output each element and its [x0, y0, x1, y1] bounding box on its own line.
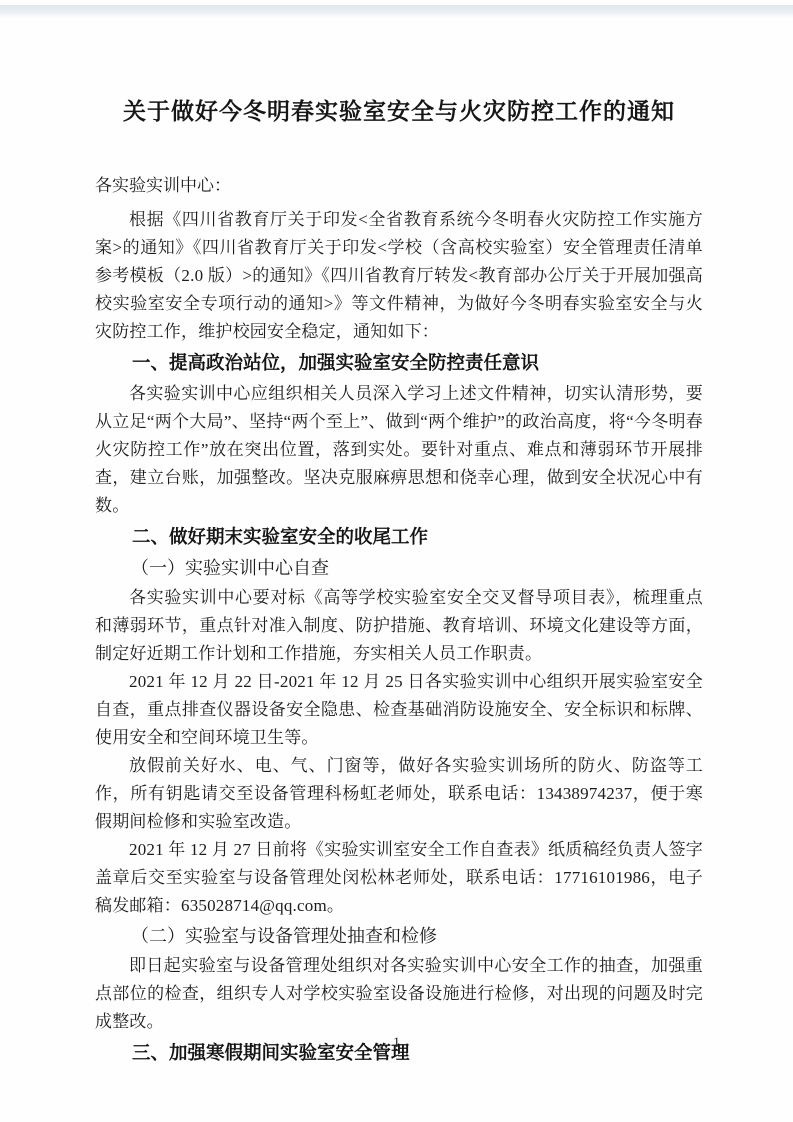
- document-page: 关于做好今冬明春实验室安全与火灾防控工作的通知 各实验实训中心： 根据《四川省教…: [0, 0, 793, 1122]
- section-2-sub-1-paragraph-4: 2021 年 12 月 27 日前将《实验实训室安全工作自查表》纸质稿经负责人签…: [95, 836, 703, 920]
- section-2-sub-1-heading: （一）实验实训中心自查: [95, 554, 703, 582]
- section-1-heading: 一、提高政治站位，加强实验室安全防控责任意识: [95, 349, 703, 377]
- salutation: 各实验实训中心：: [95, 172, 703, 200]
- section-2-sub-2-paragraph-1: 即日起实验室与设备管理处组织对各实验实训中心安全工作的抽查，加强重点部位的检查，…: [95, 952, 703, 1036]
- section-2-sub-1-paragraph-2: 2021 年 12 月 22 日-2021 年 12 月 25 日各实验实训中心…: [95, 668, 703, 752]
- section-2-sub-1-paragraph-3: 放假前关好水、电、气、门窗等，做好各实验实训场所的防火、防盗等工作，所有钥匙请交…: [95, 752, 703, 836]
- document-title: 关于做好今冬明春实验室安全与火灾防控工作的通知: [95, 94, 703, 128]
- section-2-sub-2-heading: （二）实验室与设备管理处抽查和检修: [95, 922, 703, 950]
- section-2-sub-1-paragraph-1: 各实验实训中心要对标《高等学校实验室安全交叉督导项目表》，梳理重点和薄弱环节，重…: [95, 584, 703, 668]
- page-number: 1: [0, 1033, 793, 1053]
- scan-artifact-band: [0, 5, 793, 18]
- intro-paragraph: 根据《四川省教育厅关于印发<全省教育系统今冬明春火灾防控工作实施方案>的通知》《…: [95, 206, 703, 346]
- section-1-paragraph: 各实验实训中心应组织相关人员深入学习上述文件精神，切实认清形势，要从立足“两个大…: [95, 380, 703, 520]
- section-2-heading: 二、做好期末实验室安全的收尾工作: [95, 523, 703, 551]
- document-content: 关于做好今冬明春实验室安全与火灾防控工作的通知 各实验实训中心： 根据《四川省教…: [95, 94, 703, 1070]
